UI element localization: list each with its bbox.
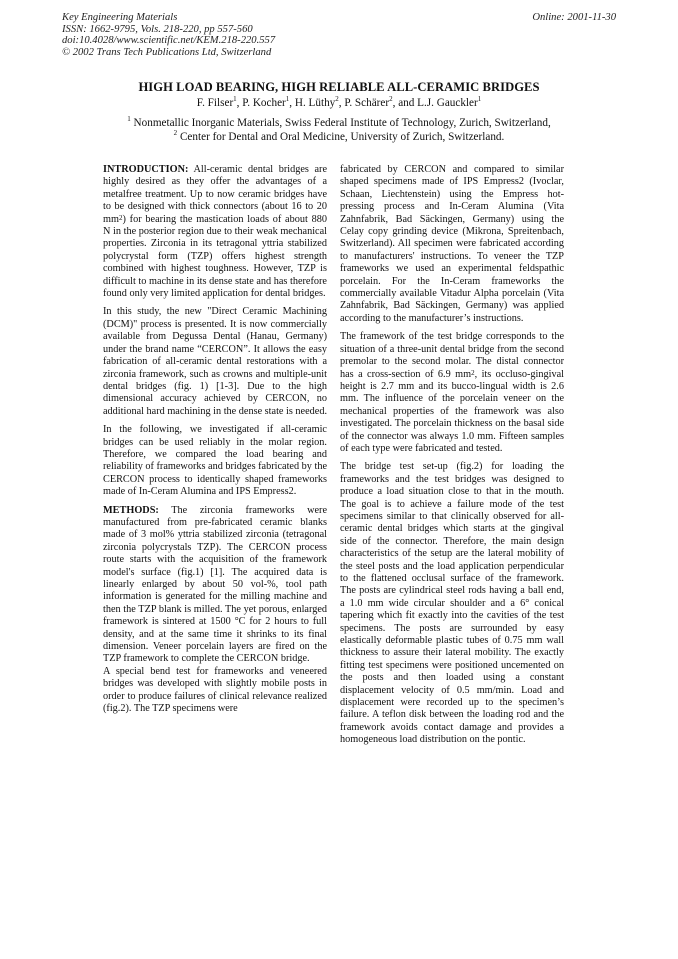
left-column: INTRODUCTION: All-ceramic dental bridges… [103, 164, 327, 721]
author-name: H. Lüthy [295, 97, 335, 109]
affiliation-1: 1 Nonmetallic Inorganic Materials, Swiss… [0, 117, 678, 129]
affiliation-text: Nonmetallic Inorganic Materials, Swiss F… [134, 117, 551, 129]
journal-header: Key Engineering Materials ISSN: 1662-979… [62, 12, 275, 58]
author-affiliation-mark: 1 [286, 95, 290, 103]
author-name: L.J. Gauckler [417, 97, 478, 109]
test-setup-paragraph: The bridge test set-up (fig.2) for loadi… [340, 461, 564, 746]
paragraph-text: ) for bearing the mastication loads of a… [103, 214, 327, 299]
introduction-paragraph: INTRODUCTION: All-ceramic dental bridges… [103, 164, 327, 300]
specimens-paragraph: fabricated by CERCON and compared to sim… [340, 164, 564, 325]
author-name: P. Schärer [344, 97, 389, 109]
paragraph-text: , its occluso-gingival height is 2.7 mm … [340, 369, 564, 454]
methods-paragraph: METHODS: The zirconia frameworks were ma… [103, 505, 327, 666]
online-date: Online: 2001-11-30 [532, 12, 616, 24]
author-affiliation-mark: 1 [478, 95, 482, 103]
paragraph-text: The zirconia frameworks were manufacture… [103, 505, 327, 665]
superscript: 2 [471, 369, 475, 377]
doi-line: doi:10.4028/www.scientific.net/KEM.218-2… [62, 35, 275, 47]
author-list: F. Filser1, P. Kocher1, H. Lüthy2, P. Sc… [0, 97, 678, 109]
following-paragraph: In the following, we investigated if all… [103, 424, 327, 498]
affiliation-text: Center for Dental and Oral Medicine, Uni… [180, 131, 504, 143]
author-affiliation-mark: 2 [335, 95, 339, 103]
affiliation-number: 2 [174, 129, 178, 137]
paper-title: HIGH LOAD BEARING, HIGH RELIABLE ALL-CER… [0, 80, 678, 95]
section-heading-methods: METHODS: [103, 505, 159, 516]
author-affiliation-mark: 1 [233, 95, 237, 103]
author-name: P. Kocher [242, 97, 286, 109]
superscript: 2 [119, 214, 123, 222]
author-name: F. Filser [197, 97, 233, 109]
author-affiliation-mark: 2 [389, 95, 393, 103]
bend-test-paragraph: A special bend test for frameworks and v… [103, 666, 327, 716]
section-heading-introduction: INTRODUCTION: [103, 164, 188, 175]
right-column: fabricated by CERCON and compared to sim… [340, 164, 564, 753]
framework-paragraph: The framework of the test bridge corresp… [340, 331, 564, 455]
issn-line: ISSN: 1662-9795, Vols. 218-220, pp 557-5… [62, 24, 275, 36]
journal-name: Key Engineering Materials [62, 12, 275, 24]
affiliation-2: 2 Center for Dental and Oral Medicine, U… [0, 131, 678, 143]
copyright-line: © 2002 Trans Tech Publications Ltd, Swit… [62, 47, 275, 59]
dcm-paragraph: In this study, the new "Direct Ceramic M… [103, 306, 327, 418]
affiliation-number: 1 [127, 115, 131, 123]
author-separator: , and [393, 97, 418, 109]
